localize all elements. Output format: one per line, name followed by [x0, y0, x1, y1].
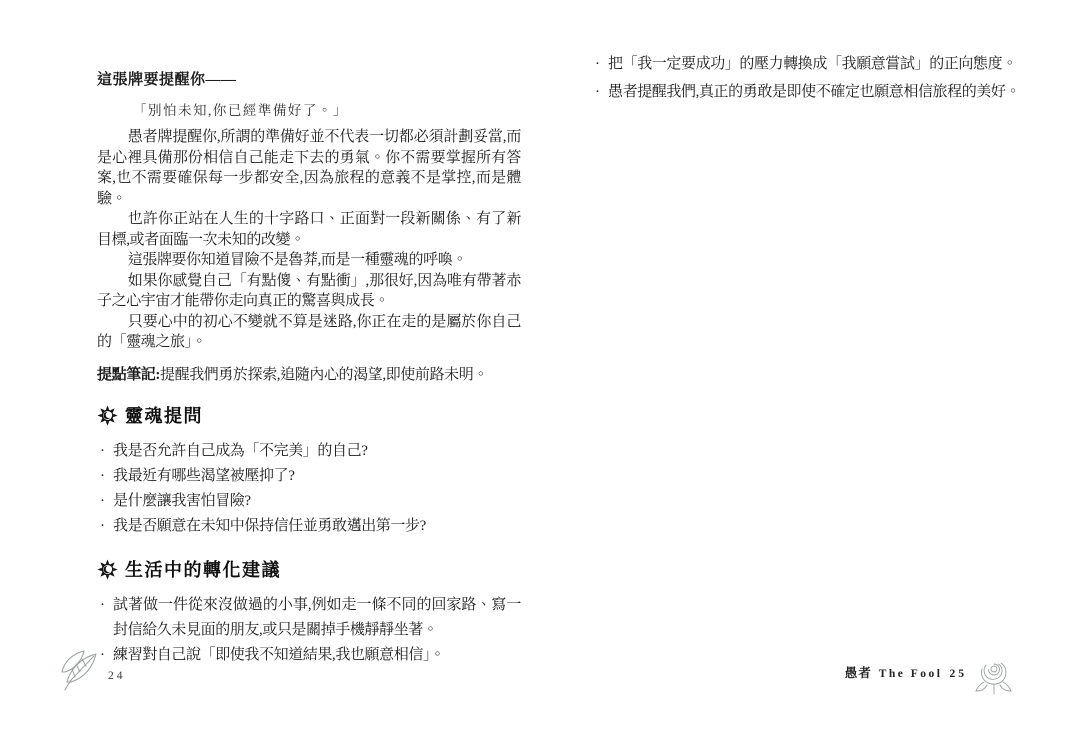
left-page-footer: 24 [58, 648, 126, 698]
list-item-text: 試著做一件從來沒做過的小事,例如走一條不同的回家路、寫一封信給久未見面的朋友,或… [113, 597, 521, 638]
bullet-marker: · [100, 464, 105, 489]
bullet-marker: · [100, 593, 105, 618]
body-paragraph: 只要心中的初心不變就不算是迷路,你正在走的是屬於你自己的「靈魂之旅」。 [97, 312, 521, 353]
section-title: 生活中的轉化建議 [125, 556, 281, 582]
bullet-marker: · [100, 489, 105, 514]
page-number-left: 24 [106, 670, 126, 698]
key-note-text: 提醒我們勇於探索,追隨內心的渴望,即使前路未明。 [160, 367, 488, 383]
body-paragraph: 也許你正站在人生的十字路口、正面對一段新關係、有了新目標,或者面臨一次未知的改變… [97, 209, 521, 250]
card-name-zh: 愚者 [845, 663, 872, 681]
sun-crescent-icon [97, 559, 118, 580]
list-item: · 是什麼讓我害怕冒險? [97, 489, 521, 514]
list-item-text: 是什麼讓我害怕冒險? [113, 493, 251, 509]
body-paragraph: 如果你感覺自己「有點傻、有點衝」,那很好,因為唯有帶著赤子之心宇宙才能帶你走向真… [97, 271, 521, 312]
right-page-footer: 愚者 The Fool 25 [845, 654, 1014, 696]
book-spread: 這張牌要提醒你—— 「別怕未知,你已經準備好了。」 愚者牌提醒你,所謂的準備好並… [0, 0, 1066, 735]
card-name-en: The Fool [879, 668, 943, 680]
list-item: · 試著做一件從來沒做過的小事,例如走一條不同的回家路、寫一封信給久未見面的朋友… [97, 593, 521, 643]
life-advice-list: · 試著做一件從來沒做過的小事,例如走一條不同的回家路、寫一封信給久未見面的朋友… [97, 593, 521, 668]
running-footer-text: 愚者 The Fool 25 [845, 663, 967, 687]
key-note-label: 提點筆記: [97, 367, 160, 383]
body-paragraph: 愚者牌提醒你,所謂的準備好並不代表一切都必須計劃妥當,而是心裡具備那份相信自己能… [97, 127, 521, 209]
bullet-marker: · [595, 78, 600, 106]
list-item-text: 我是否願意在未知中保持信任並勇敢邁出第一步? [113, 518, 426, 534]
section-title: 靈魂提問 [125, 402, 203, 428]
list-item: · 我是否願意在未知中保持信任並勇敢邁出第一步? [97, 514, 521, 539]
list-item-text: 我是否允許自己成為「不完美」的自己? [113, 443, 367, 459]
body-paragraph: 這張牌要你知道冒險不是魯莽,而是一種靈魂的呼喚。 [97, 250, 521, 271]
sun-crescent-icon [97, 405, 118, 426]
card-reminder-heading: 這張牌要提醒你—— [97, 70, 521, 91]
key-note: 提點筆記:提醒我們勇於探索,追隨內心的渴望,即使前路未明。 [97, 365, 521, 386]
right-page-content: · 把「我一定要成功」的壓力轉換成「我願意嘗試」的正向態度。 · 愚者提醒我們,… [592, 50, 1022, 106]
section-heading-life-advice: 生活中的轉化建議 [97, 556, 521, 582]
rose-icon [974, 654, 1014, 696]
list-item: · 練習對自己說「即使我不知道結果,我也願意相信」。 [97, 643, 521, 668]
list-item: · 愚者提醒我們,真正的勇敢是即使不確定也願意相信旅程的美好。 [592, 78, 1022, 106]
list-item-text: 愚者提醒我們,真正的勇敢是即使不確定也願意相信旅程的美好。 [608, 84, 1020, 100]
page-number-right: 25 [950, 668, 968, 680]
left-page-content: 這張牌要提醒你—— 「別怕未知,你已經準備好了。」 愚者牌提醒你,所謂的準備好並… [97, 70, 521, 668]
list-item: · 我最近有哪些渴望被壓抑了? [97, 464, 521, 489]
list-item-text: 我最近有哪些渴望被壓抑了? [113, 468, 294, 484]
list-item: · 把「我一定要成功」的壓力轉換成「我願意嘗試」的正向態度。 [592, 50, 1022, 78]
list-item-text: 練習對自己說「即使我不知道結果,我也願意相信」。 [113, 647, 445, 663]
bullet-marker: · [100, 514, 105, 539]
soul-questions-list: · 我是否允許自己成為「不完美」的自己? · 我最近有哪些渴望被壓抑了? · 是… [97, 439, 521, 539]
list-item-text: 把「我一定要成功」的壓力轉換成「我願意嘗試」的正向態度。 [608, 56, 1017, 72]
feather-icon [58, 648, 106, 698]
bullet-marker: · [100, 439, 105, 464]
bullet-marker: · [595, 50, 600, 78]
list-item: · 我是否允許自己成為「不完美」的自己? [97, 439, 521, 464]
section-heading-soul-questions: 靈魂提問 [97, 402, 521, 428]
card-quote: 「別怕未知,你已經準備好了。」 [133, 100, 521, 121]
